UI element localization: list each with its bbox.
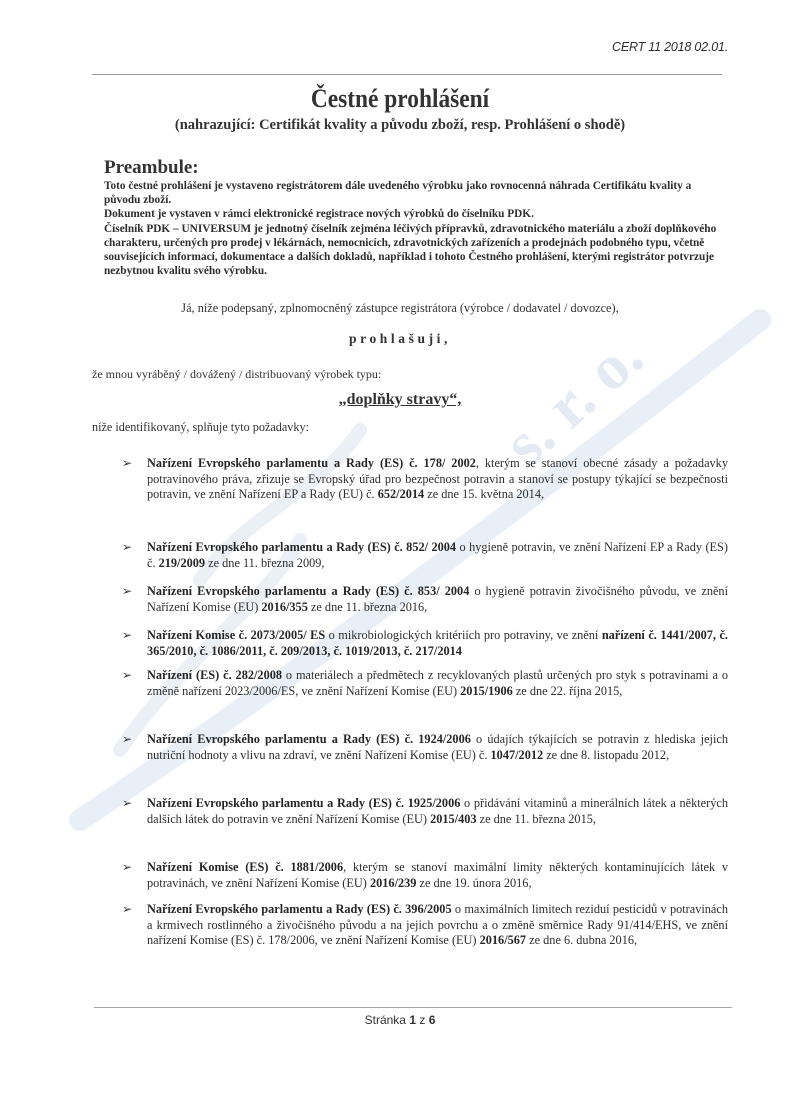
regulation-reference: 2016/355 bbox=[261, 600, 307, 614]
regulation-reference: 219/2009 bbox=[159, 556, 205, 570]
product-intro: že mnou vyráběný / dovážený / distribuov… bbox=[92, 367, 381, 382]
regulation-item: ➢Nařízení Evropského parlamentu a Rady (… bbox=[122, 540, 728, 571]
preamble-body: Toto čestné prohlášení je vystaveno regi… bbox=[104, 179, 724, 278]
regulation-text: ze dne 8. listopadu 2012, bbox=[543, 748, 669, 762]
arrow-bullet-icon: ➢ bbox=[122, 628, 132, 644]
page-current: 1 bbox=[409, 1013, 416, 1027]
regulation-text: ze dne 11. března 2015, bbox=[477, 812, 596, 826]
preamble-paragraph: Toto čestné prohlášení je vystaveno regi… bbox=[104, 179, 724, 207]
arrow-bullet-icon: ➢ bbox=[122, 796, 132, 812]
regulation-item: ➢Nařízení Evropského parlamentu a Rady (… bbox=[122, 796, 728, 827]
regulation-reference: Nařízení Evropského parlamentu a Rady (E… bbox=[147, 732, 471, 746]
arrow-bullet-icon: ➢ bbox=[122, 902, 132, 918]
arrow-bullet-icon: ➢ bbox=[122, 732, 132, 748]
regulation-item: ➢Nařízení Evropského parlamentu a Rady (… bbox=[122, 584, 728, 615]
regulation-item: ➢Nařízení Komise (ES) č. 1881/2006, kter… bbox=[122, 860, 728, 891]
regulation-text: o mikrobiologických kritériích pro potra… bbox=[325, 628, 602, 642]
regulation-reference: 1047/2012 bbox=[491, 748, 544, 762]
regulation-reference: Nařízení Evropského parlamentu a Rady (E… bbox=[147, 584, 469, 598]
signatory-line: Já, níže podepsaný, zplnomocněný zástupc… bbox=[0, 301, 800, 316]
regulation-reference: 652/2014 bbox=[378, 487, 424, 501]
footer-rule bbox=[94, 1007, 732, 1008]
regulation-reference: Nařízení Evropského parlamentu a Rady (E… bbox=[147, 456, 476, 470]
preamble-paragraph: Dokument je vystaven v rámci elektronick… bbox=[104, 207, 724, 221]
document-id: CERT 11 2018 02.01. bbox=[612, 40, 728, 54]
regulation-reference: 2015/403 bbox=[430, 812, 476, 826]
regulation-reference: 2015/1906 bbox=[460, 684, 513, 698]
page-separator: z bbox=[419, 1013, 425, 1027]
regulation-reference: Nařízení Komise č. 2073/2005/ ES bbox=[147, 628, 325, 642]
preamble-heading: Preambule: bbox=[104, 157, 199, 179]
regulation-reference: Nařízení (ES) č. 282/2008 bbox=[147, 668, 282, 682]
regulation-text: ze dne 22. října 2015, bbox=[513, 684, 623, 698]
regulation-reference: Nařízení Evropského parlamentu a Rady (E… bbox=[147, 902, 452, 916]
regulation-text: ze dne 15. května 2014, bbox=[424, 487, 544, 501]
arrow-bullet-icon: ➢ bbox=[122, 860, 132, 876]
page-total: 6 bbox=[429, 1013, 436, 1027]
arrow-bullet-icon: ➢ bbox=[122, 584, 132, 600]
regulation-reference: Nařízení Evropského parlamentu a Rady (E… bbox=[147, 796, 460, 810]
regulation-item: ➢Nařízení Evropského parlamentu a Rady (… bbox=[122, 732, 728, 763]
regulation-text: ze dne 19. února 2016, bbox=[416, 876, 531, 890]
regulation-reference: Nařízení Evropského parlamentu a Rady (E… bbox=[147, 540, 456, 554]
product-type: „doplňky stravy“, bbox=[0, 391, 800, 409]
preamble-paragraph: Číselník PDK – UNIVERSUM je jednotný čís… bbox=[104, 222, 724, 279]
regulation-item: ➢Nařízení (ES) č. 282/2008 o materiálech… bbox=[122, 668, 728, 699]
regulation-item: ➢Nařízení Evropského parlamentu a Rady (… bbox=[122, 456, 728, 503]
regulation-reference: 2016/239 bbox=[370, 876, 416, 890]
document-title: Čestné prohlášení bbox=[40, 84, 760, 114]
page-number: Stránka 1 z 6 bbox=[0, 1013, 800, 1027]
document-subtitle: (nahrazující: Certifikát kvality a původ… bbox=[0, 117, 800, 134]
regulation-text: ze dne 11. března 2016, bbox=[308, 600, 427, 614]
declare-word: prohlašuji, bbox=[0, 331, 800, 347]
requirements-intro: níže identifikovaný, splňuje tyto požada… bbox=[92, 420, 309, 435]
regulation-text: ze dne 6. dubna 2016, bbox=[526, 933, 637, 947]
regulation-reference: Nařízení Komise (ES) č. 1881/2006 bbox=[147, 860, 343, 874]
regulation-item: ➢Nařízení Komise č. 2073/2005/ ES o mikr… bbox=[122, 628, 728, 659]
regulation-text: ze dne 11. března 2009, bbox=[205, 556, 324, 570]
arrow-bullet-icon: ➢ bbox=[122, 540, 132, 556]
header-rule bbox=[92, 74, 722, 75]
document-page: s. r. o. CERT 11 2018 02.01. Čestné proh… bbox=[0, 0, 800, 1100]
regulation-reference: 2016/567 bbox=[480, 933, 526, 947]
arrow-bullet-icon: ➢ bbox=[122, 456, 132, 472]
page-label: Stránka bbox=[365, 1013, 406, 1027]
regulation-item: ➢Nařízení Evropského parlamentu a Rady (… bbox=[122, 902, 728, 949]
arrow-bullet-icon: ➢ bbox=[122, 668, 132, 684]
